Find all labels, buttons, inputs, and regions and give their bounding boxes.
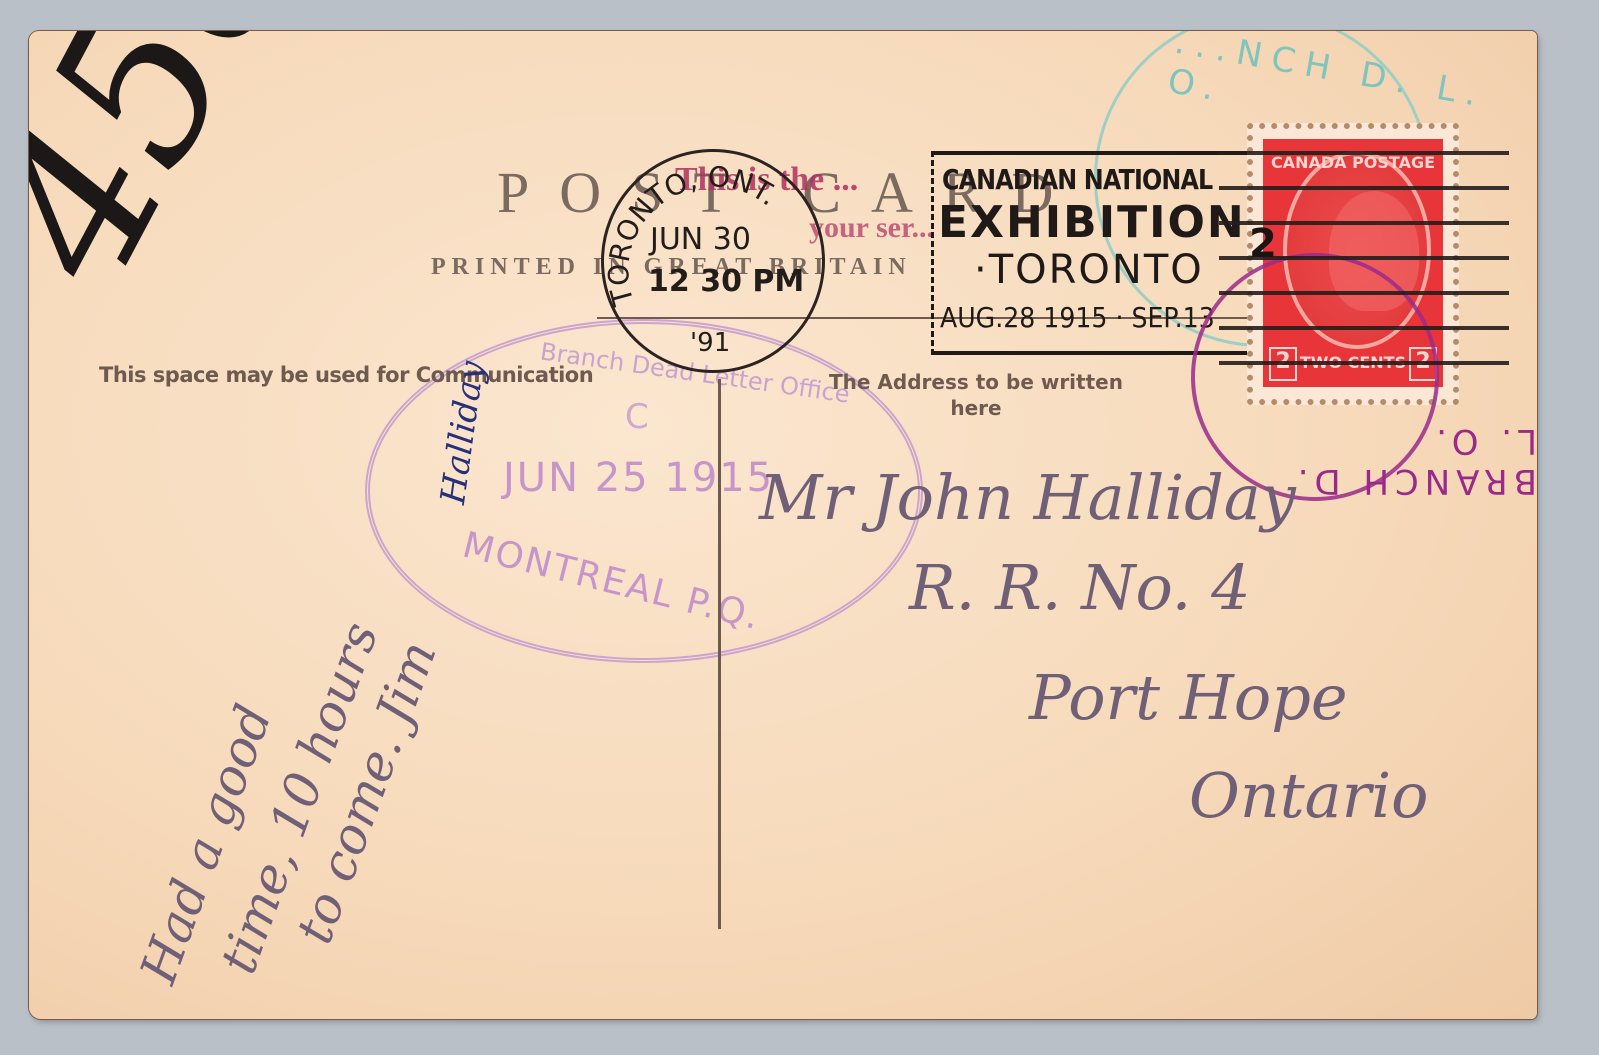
cancel-machine-number: 2 bbox=[1249, 221, 1277, 267]
toronto-postmark-year: '91 bbox=[690, 328, 730, 358]
address-label-line1: The Address to be written bbox=[821, 369, 1131, 395]
toronto-circular-postmark: TORONTO, ONT. JUN 30 12 30 PM '91 bbox=[601, 149, 825, 373]
exhibition-line1: CANADIAN NATIONAL bbox=[942, 163, 1212, 196]
toronto-postmark-date: JUN 30 bbox=[650, 222, 751, 257]
address-label-line2: here bbox=[821, 395, 1131, 421]
montreal-oval-date: JUN 25 1915 bbox=[503, 455, 774, 501]
address-line-3: Port Hope bbox=[1029, 661, 1348, 734]
address-line-1: Mr John Halliday bbox=[759, 461, 1296, 534]
communication-label: This space may be used for Communication bbox=[99, 363, 593, 387]
address-line-4: Ontario bbox=[1189, 759, 1428, 832]
publisher-imprint: Published by C. W. Hunt & Co., Liverpool bbox=[29, 273, 30, 621]
postcard: ...NCH D. L. O. Branch Dead Letter Offic… bbox=[29, 31, 1537, 1019]
montreal-oval-letter: C bbox=[625, 397, 649, 437]
address-label: The Address to be written here bbox=[821, 369, 1131, 421]
toronto-postmark-time: 12 30 PM bbox=[648, 264, 804, 299]
exhibition-line4: AUG.28 1915 · SEP.13 bbox=[940, 301, 1215, 334]
divider-vertical bbox=[718, 379, 721, 929]
address-line-2: R. R. No. 4 bbox=[909, 551, 1251, 624]
pencil-inventory-number: 4560 bbox=[29, 31, 390, 311]
magenta-slogan-line2: your ser... bbox=[809, 211, 934, 245]
exhibition-line3: ·TORONTO bbox=[974, 247, 1204, 293]
exhibition-line2: EXHIBITION bbox=[938, 197, 1246, 248]
